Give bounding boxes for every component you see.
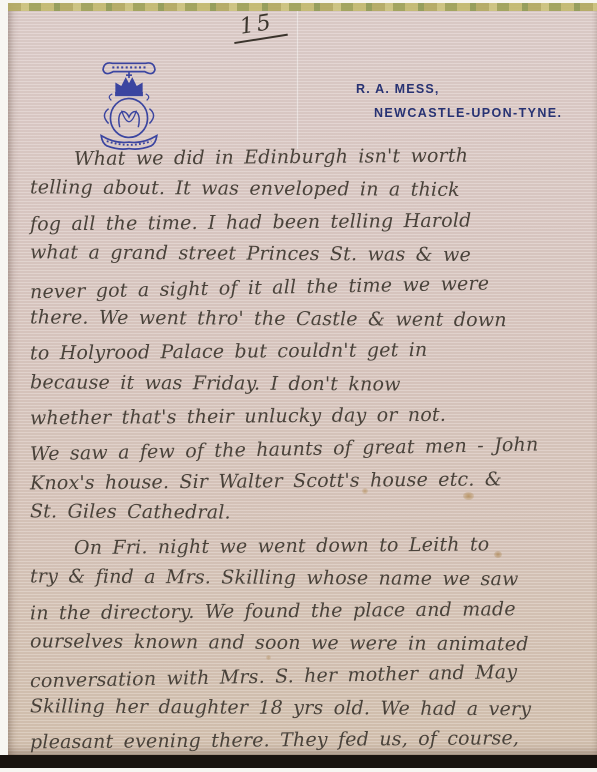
letter-body: What we did in Edinburgh isn't worthtell…	[30, 141, 582, 757]
handwriting-line: Skilling her daughter 18 yrs old. We had…	[30, 690, 582, 726]
handwriting-line: there. We went thro' the Castle & went d…	[30, 301, 582, 337]
handwriting-line: telling about. It was enveloped in a thi…	[30, 172, 582, 208]
handwriting-line: because it was Friday. I don't know	[30, 366, 582, 402]
paragraph: What we did in Edinburgh isn't worthtell…	[30, 141, 582, 530]
handwriting-line: to Holyrood Palace but couldn't get in	[30, 333, 582, 370]
letterhead: R. A. MESS, NEWCASTLE-UPON-TYNE.	[356, 82, 562, 120]
handwriting-line: Knox's house. Sir Walter Scott's house e…	[30, 463, 582, 500]
handwriting-line: On Fri. night we went down to Leith to	[30, 527, 582, 564]
gilt-page-edge	[8, 3, 597, 11]
handwriting-line: fog all the time. I had been telling Har…	[30, 203, 582, 240]
page-number: 15	[231, 10, 287, 43]
handwriting-line: try & find a Mrs. Skilling whose name we…	[30, 561, 582, 597]
letterhead-city: NEWCASTLE-UPON-TYNE.	[374, 106, 562, 120]
handwriting-line: What we did in Edinburgh isn't worth	[30, 139, 582, 176]
handwriting-line: St. Giles Cathedral.	[30, 496, 582, 532]
handwriting-line: in the directory. We found the place and…	[30, 592, 582, 629]
handwriting-line: pleasant evening there. They fed us, of …	[30, 722, 582, 759]
paper-fold-crease	[296, 11, 299, 149]
scan-edge-shadow	[0, 755, 597, 768]
letterhead-name: R. A. MESS,	[356, 82, 562, 96]
paragraph: On Fri. night we went down to Leith totr…	[30, 530, 582, 757]
